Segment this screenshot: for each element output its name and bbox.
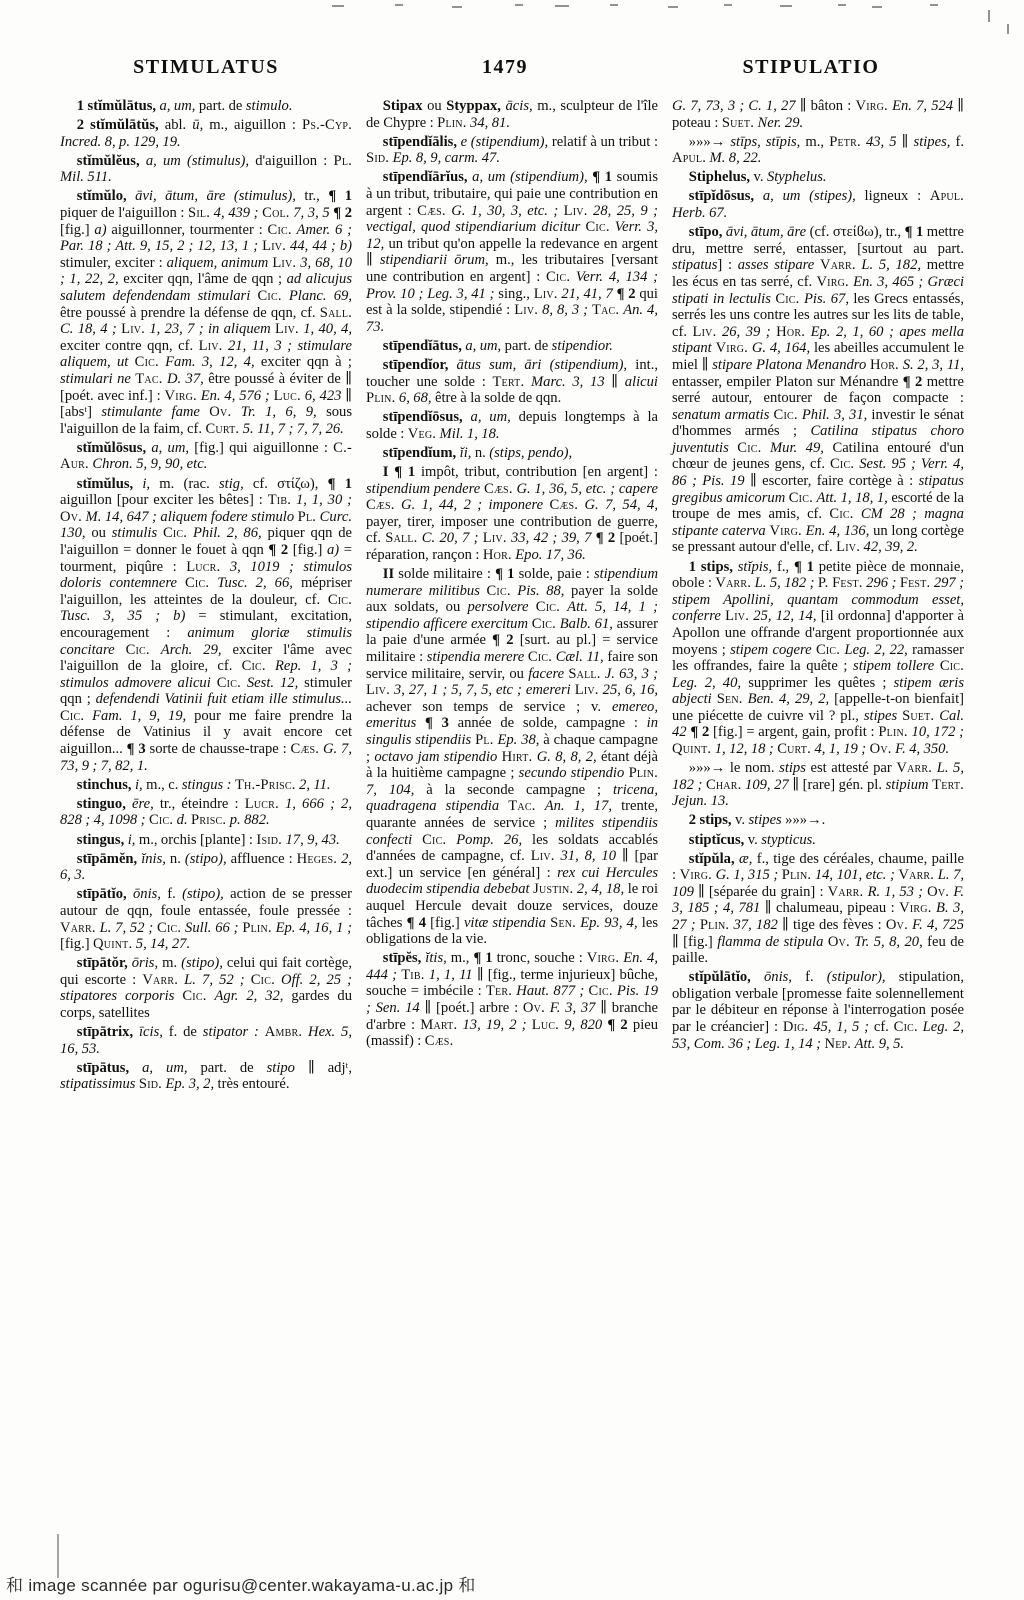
scan-artifact	[668, 6, 678, 8]
dictionary-entry: Stiphelus, v. Styphelus.	[672, 169, 964, 186]
dictionary-entry: stīpātus, a, um, part. de stipo ∥ adjᵗ, …	[60, 1060, 352, 1093]
running-head: STIMULATUS 1479 STIPULATIO	[60, 56, 964, 79]
dictionary-entry: stīpo, āvi, ātum, āre (cf. στείϐω), tr.,…	[672, 224, 964, 556]
scan-artifact	[515, 4, 523, 6]
dictionary-entry: stĭpŭlātĭo, ōnis, f. (stipulor), stipula…	[672, 969, 964, 1052]
scan-watermark: 和 image scannée par ogurisu@center.wakay…	[6, 1571, 476, 1596]
dictionary-entry: stīpendĭālis, e (stipendium), relatif à …	[366, 134, 658, 167]
dictionary-entry: stīpātŏr, ōris, m. (stipo), celui qui fa…	[60, 955, 352, 1021]
column-center: Stipax ou Styppax, ācis, m., sculpteur d…	[366, 98, 658, 1093]
scan-artifact	[838, 4, 846, 6]
dictionary-entry: stĭmŭlus, i, m. (rac. stig, cf. στίζω), …	[60, 476, 352, 775]
dictionary-text: 1 stĭmŭlātus, a, um, part. de stimulo.2 …	[60, 98, 964, 1093]
dictionary-entry: stīpĕs, ĭtis, m., ¶ 1 tronc, souche : Vi…	[366, 950, 658, 1050]
dictionary-entry: stĭmŭlōsus, a, um, [fig.] qui aiguillonn…	[60, 440, 352, 473]
dictionary-entry: 1 stĭmŭlātus, a, um, part. de stimulo.	[60, 98, 352, 115]
page-number: 1479	[352, 56, 658, 79]
dictionary-entry: stĭmŭlo, āvi, ātum, āre (stimulus), tr.,…	[60, 188, 352, 437]
dictionary-entry: stīpendĭātus, a, um, part. de stipendior…	[366, 338, 658, 355]
dictionary-page: STIMULATUS 1479 STIPULATIO 1 stĭmŭlātus,…	[0, 0, 1024, 1600]
scanned-dictionary-page: { "header": { "left": "STIMULATUS", "cen…	[0, 0, 1024, 1600]
dictionary-entry: G. 7, 73, 3 ; C. 1, 27 ∥ bâton : Virg. E…	[672, 98, 964, 131]
dictionary-entry: stinchus, i, m., c. stingus : Th.-Prisc.…	[60, 777, 352, 794]
scan-artifact	[452, 6, 462, 8]
scan-artifact	[555, 5, 569, 7]
scan-artifact	[930, 4, 938, 6]
dictionary-entry: II solde militaire : ¶ 1 solde, paie : s…	[366, 566, 658, 948]
guide-word-left: STIMULATUS	[60, 56, 352, 79]
column-right: G. 7, 73, 3 ; C. 1, 27 ∥ bâton : Virg. E…	[672, 98, 964, 1093]
dictionary-entry: »»»→ le nom. stips est attesté par Varr.…	[672, 760, 964, 810]
dictionary-entry: stīpātrix, īcis, f. de stipator : Ambr. …	[60, 1024, 352, 1057]
dictionary-entry: stīpāmĕn, ĭnis, n. (stipo), affluence : …	[60, 851, 352, 884]
column-left: 1 stĭmŭlātus, a, um, part. de stimulo.2 …	[60, 98, 352, 1093]
scan-artifact	[988, 10, 990, 22]
dictionary-entry: 2 stips, v. stipes »»»→.	[672, 812, 964, 829]
scan-artifact	[332, 5, 344, 7]
scan-artifact	[610, 4, 618, 6]
dictionary-entry: stinguo, ēre, tr., éteindre : Lucr. 1, 6…	[60, 796, 352, 829]
scan-artifact	[724, 4, 732, 6]
guide-word-right: STIPULATIO	[658, 56, 964, 79]
dictionary-entry: 2 stĭmŭlātŭs, abl. ū, m., aiguillon : Ps…	[60, 117, 352, 150]
dictionary-entry: stīpātĭo, ōnis, f. (stipo), action de se…	[60, 886, 352, 952]
dictionary-entry: stīpendĭor, ātus sum, āri (stipendium), …	[366, 357, 658, 407]
dictionary-entry: stĭpŭla, æ, f., tige des céréales, chaum…	[672, 851, 964, 967]
dictionary-entry: stĭmŭlĕus, a, um (stimulus), d'aiguillon…	[60, 153, 352, 186]
dictionary-entry: »»»→ stīps, stīpis, m., Petr. 43, 5 ∥ st…	[672, 134, 964, 167]
dictionary-entry: stingus, i, m., orchis [plante] : Isid. …	[60, 832, 352, 849]
scan-artifact	[872, 6, 882, 8]
scan-artifact	[780, 5, 792, 7]
dictionary-entry: stīpendĭum, ĭi, n. (stips, pendo),	[366, 445, 658, 462]
dictionary-entry: stīpendĭōsus, a, um, depuis longtemps à …	[366, 409, 658, 442]
scan-artifact	[395, 4, 403, 6]
dictionary-entry: stīpĭdōsus, a, um (stipes), ligneux : Ap…	[672, 188, 964, 221]
scan-artifact	[1007, 24, 1009, 34]
dictionary-entry: 1 stips, stĭpis, f., ¶ 1 petite pièce de…	[672, 559, 964, 758]
dictionary-entry: stiptĭcus, v. stypticus.	[672, 832, 964, 849]
dictionary-entry: Stipax ou Styppax, ācis, m., sculpteur d…	[366, 98, 658, 131]
dictionary-entry: stīpendĭārĭus, a, um (stipendium), ¶ 1 s…	[366, 169, 658, 335]
dictionary-entry: I ¶ 1 impôt, tribut, contribution [en ar…	[366, 464, 658, 564]
